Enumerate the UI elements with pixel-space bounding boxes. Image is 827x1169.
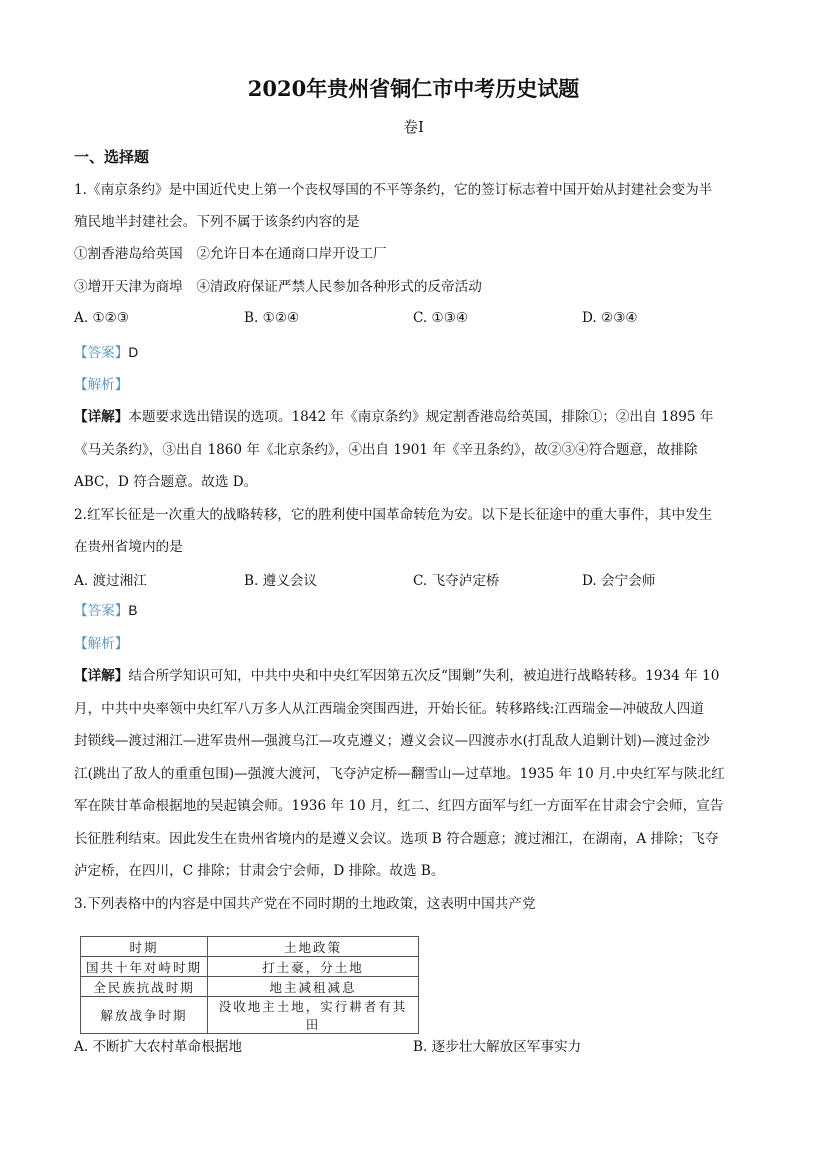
table-row: 国共十年对峙时期 打土豪，分土地 (81, 957, 419, 977)
answer-value: D (128, 345, 138, 360)
table-row: 全民族抗战时期 地主减租减息 (81, 977, 419, 997)
page-subtitle: 卷I (0, 116, 827, 137)
answer-label: 【答案】 (74, 345, 128, 361)
q3-option-a: A. 不断扩大农村革命根据地 (74, 1035, 242, 1055)
q1-analysis-label: 【解析】 (74, 375, 128, 395)
detail-text: 结合所学知识可知，中共中央和中央红军因第五次反“围剿”失利，被迫进行战略转移。1… (128, 668, 719, 684)
q2-option-b: B. 遵义会议 (244, 569, 317, 589)
q2-detail-line-4: 江(跳出了敌人的重重包围)—强渡大渡河，飞夺泸定桥—翻雪山—过草地。1935 年… (74, 764, 725, 784)
table-header-cell: 土地政策 (208, 937, 419, 957)
detail-label: 【详解】 (74, 409, 128, 425)
q1-option-d: D. ②③④ (582, 310, 638, 326)
q2-option-a: A. 渡过湘江 (74, 569, 147, 589)
q2-detail-line-1: 【详解】结合所学知识可知，中共中央和中央红军因第五次反“围剿”失利，被迫进行战略… (74, 666, 719, 686)
table-cell: 打土豪，分土地 (208, 957, 419, 977)
exam-page: 2020年贵州省铜仁市中考历史试题 卷I 一、选择题 1.《南京条约》是中国近代… (0, 0, 827, 1169)
q1-answer: 【答案】D (74, 343, 138, 363)
q1-detail-line-2: 《马关条约》，③出自 1860 年《北京条约》，④出自 1901 年《辛丑条约》… (74, 440, 697, 460)
table-cell: 国共十年对峙时期 (81, 957, 208, 977)
table-cell: 全民族抗战时期 (81, 977, 208, 997)
table-cell: 解放战争时期 (81, 997, 208, 1034)
q1-stem-line-2: 殖民地半封建社会。下列不属于该条约内容的是 (74, 212, 359, 232)
q3-option-b: B. 逐步壮大解放区军事实力 (413, 1035, 581, 1055)
table-header-cell: 时期 (81, 937, 208, 957)
q1-detail-line-3: ABC，D 符合题意。故选 D。 (74, 472, 257, 492)
q2-detail-line-5: 军在陕甘革命根据地的吴起镇会师。1936 年 10 月，红二、红四方面军与红一方… (74, 796, 723, 816)
table-cell: 没收地主土地，实行耕者有其田 (208, 997, 419, 1034)
q2-answer: 【答案】B (74, 601, 137, 621)
q2-option-c: C. 飞夺泸定桥 (413, 569, 500, 589)
q1-option-c: C. ①③④ (413, 310, 468, 326)
q1-stem-line-1: 1.《南京条约》是中国近代史上第一个丧权辱国的不平等条约，它的签订标志着中国开始… (74, 180, 712, 200)
section-heading: 一、选择题 (74, 146, 149, 167)
q2-detail-line-3: 封锁线—渡过湘江—进军贵州—强渡乌江—攻克遵义；遵义会议—四渡赤水(打乱敌人追剿… (74, 731, 710, 751)
q2-analysis-label: 【解析】 (74, 634, 128, 654)
answer-label: 【答案】 (74, 603, 128, 619)
q2-detail-line-2: 月，中共中央率领中央红军八万多人从江西瑞金突围西进，开始长征。转移路线:江西瑞金… (74, 699, 704, 719)
q1-statements-line-2: ③增开天津为商埠 ④清政府保证严禁人民参加各种形式的反帝活动 (74, 277, 482, 297)
q1-option-a: A. ①②③ (74, 310, 129, 326)
detail-label: 【详解】 (74, 668, 128, 684)
table-cell: 地主减租减息 (208, 977, 419, 997)
table-row: 解放战争时期 没收地主土地，实行耕者有其田 (81, 997, 419, 1034)
q2-stem-line-2: 在贵州省境内的是 (74, 537, 183, 557)
table-header-row: 时期 土地政策 (81, 937, 419, 957)
answer-value: B (128, 603, 137, 618)
q2-detail-line-6: 长征胜利结束。因此发生在贵州省境内的是遵义会议。选项 B 符合题意；渡过湘江，在… (74, 829, 719, 849)
q2-stem-line-1: 2.红军长征是一次重大的战略转移，它的胜利使中国革命转危为安。以下是长征途中的重… (74, 505, 712, 525)
page-title: 2020年贵州省铜仁市中考历史试题 (0, 73, 827, 103)
detail-text: 本题要求选出错误的选项。1842 年《南京条约》规定割香港岛给英国，排除①；②出… (128, 409, 713, 425)
q1-option-b: B. ①②④ (244, 310, 299, 326)
q2-option-d: D. 会宁会师 (582, 569, 655, 589)
q1-detail-line-1: 【详解】本题要求选出错误的选项。1842 年《南京条约》规定割香港岛给英国，排除… (74, 407, 714, 427)
q2-detail-line-7: 泸定桥，在四川，C 排除；甘肃会宁会师，D 排除。故选 B。 (74, 861, 445, 881)
land-policy-table: 时期 土地政策 国共十年对峙时期 打土豪，分土地 全民族抗战时期 地主减租减息 … (80, 936, 419, 1034)
q1-statements-line-1: ①割香港岛给英国 ②允许日本在通商口岸开设工厂 (74, 244, 387, 264)
q3-stem-line-1: 3.下列表格中的内容是中国共产党在不同时期的土地政策，这表明中国共产党 (74, 894, 536, 914)
